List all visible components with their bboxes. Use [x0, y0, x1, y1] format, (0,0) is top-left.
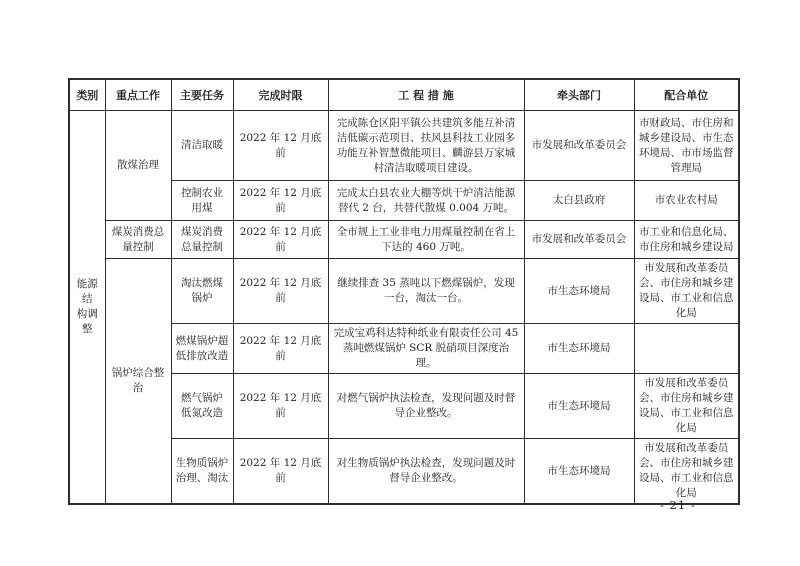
deadline-cell: 2022 年 12 月底前: [233, 181, 328, 221]
measure-cell: 完成陈仓区阳平镇公共建筑多能互补清洁低碳示范项目、扶风县科技工业园多功能互补智慧…: [328, 111, 524, 181]
lead-dept-cell: 市生态环境局: [524, 374, 634, 439]
support-unit-cell: 市发展和改革委员会、市住房和城乡建设局、市工业和信息化局: [634, 439, 739, 505]
deadline-cell: 2022 年 12 月底前: [233, 439, 328, 505]
header-key-work: 重点工作: [105, 79, 171, 111]
task-cell: 燃气锅炉 低氮改造: [171, 374, 233, 439]
deadline-cell: 2022 年 12 月底前: [233, 259, 328, 324]
lead-dept-cell: 市发展和改革委员会: [524, 221, 634, 259]
support-unit-cell: 市财政局、市住房和城乡建设局、市生态环境局、市市场监督管理局: [634, 111, 739, 181]
header-task: 主要任务: [171, 79, 233, 111]
task-cell: 生物质锅炉 治理、淘汰: [171, 439, 233, 505]
table-row: 能源结 构调整 散煤治理 清洁取暖 2022 年 12 月底前 完成陈仓区阳平镇…: [69, 111, 739, 181]
task-cell: 燃煤锅炉超 低排放改造: [171, 324, 233, 374]
header-measures: 工 程 措 施: [328, 79, 524, 111]
support-unit-cell: 市发展和改革委员会、市住房和城乡建设局、市工业和信息化局: [634, 259, 739, 324]
support-unit-cell: 市农业农村局: [634, 181, 739, 221]
measure-cell: 完成宝鸡科达特种纸业有限责任公司 45 蒸吨燃煤锅炉 SCR 脱硝项目深度治理。: [328, 324, 524, 374]
deadline-cell: 2022 年 12 月底前: [233, 324, 328, 374]
lead-dept-cell: 市生态环境局: [524, 439, 634, 505]
lead-dept-cell: 太白县政府: [524, 181, 634, 221]
deadline-cell: 2022 年 12 月底前: [233, 111, 328, 181]
measure-cell: 对生物质锅炉执法检查，发现问题及时督导企业整改。: [328, 439, 524, 505]
measure-cell: 完成太白县农业大棚等烘干炉清洁能源替代 2 台，共替代散煤 0.004 万吨。: [328, 181, 524, 221]
header-category: 类别: [69, 79, 105, 111]
key-work-cell: 锅炉综合整 治: [105, 259, 171, 505]
table-row: 锅炉综合整 治 淘汰燃煤 锅炉 2022 年 12 月底前 继续排查 35 蒸吨…: [69, 259, 739, 324]
document-page: 类别 重点工作 主要任务 完成时限 工 程 措 施 牵头部门 配合单位 能源结 …: [0, 0, 800, 566]
table-header-row: 类别 重点工作 主要任务 完成时限 工 程 措 施 牵头部门 配合单位: [69, 79, 739, 111]
header-deadline: 完成时限: [233, 79, 328, 111]
table-row: 煤炭消费总 量控制 煤炭消费 总量控制 2022 年 12 月底前 全市规上工业…: [69, 221, 739, 259]
lead-dept-cell: 市生态环境局: [524, 324, 634, 374]
measure-cell: 对燃气锅炉执法检查，发现问题及时督导企业整改。: [328, 374, 524, 439]
category-cell: 能源结 构调整: [69, 111, 105, 505]
support-unit-cell: 市发展和改革委员会、市住房和城乡建设局、市工业和信息化局: [634, 374, 739, 439]
header-support-unit: 配合单位: [634, 79, 739, 111]
page-number: - 21 -: [660, 498, 696, 512]
task-cell: 控制农业 用煤: [171, 181, 233, 221]
support-unit-cell: [634, 324, 739, 374]
key-work-cell: 散煤治理: [105, 111, 171, 221]
lead-dept-cell: 市生态环境局: [524, 259, 634, 324]
deadline-cell: 2022 年 12 月底前: [233, 221, 328, 259]
deadline-cell: 2022 年 12 月底前: [233, 374, 328, 439]
action-plan-table: 类别 重点工作 主要任务 完成时限 工 程 措 施 牵头部门 配合单位 能源结 …: [68, 78, 740, 505]
task-cell: 清洁取暖: [171, 111, 233, 181]
key-work-cell: 煤炭消费总 量控制: [105, 221, 171, 259]
measure-cell: 继续排查 35 蒸吨以下燃煤锅炉，发现一台，淘汰一台。: [328, 259, 524, 324]
task-cell: 淘汰燃煤 锅炉: [171, 259, 233, 324]
header-lead-dept: 牵头部门: [524, 79, 634, 111]
support-unit-cell: 市工业和信息化局、市住房和城乡建设局: [634, 221, 739, 259]
task-cell: 煤炭消费 总量控制: [171, 221, 233, 259]
measure-cell: 全市规上工业非电力用煤量控制在省上下达的 460 万吨。: [328, 221, 524, 259]
lead-dept-cell: 市发展和改革委员会: [524, 111, 634, 181]
